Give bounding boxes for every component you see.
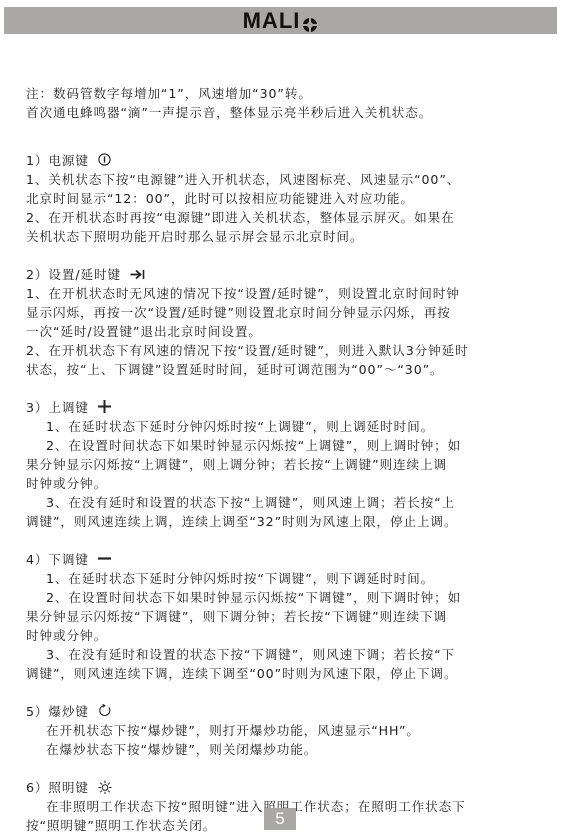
section-line: 时钟或分钟。 xyxy=(26,474,541,493)
note-line: 首次通电蜂鸣器“滴”一声提示音，整体显示亮半秒后进入关机状态。 xyxy=(26,103,541,122)
section-line: 3、在没有延时和设置的状态下按“上调键”，则风速上调；若长按“上 xyxy=(26,493,541,512)
section-line: 1、在延时状态下延时分钟闪烁时按“下调键”，则下调延时时间。 xyxy=(26,569,541,588)
section-title: 6）照明键 xyxy=(26,778,541,797)
section-line: 北京时间显示“12：00”，此时可以按相应功能键进入对应功能。 xyxy=(26,189,541,208)
section-line: 一次“延时/设置键”退出北京时间设置。 xyxy=(26,322,541,341)
stir-fry-icon xyxy=(98,702,111,721)
section-line: 2、在设置时间状态下如果时钟显示闪烁按“上调键”，则上调时钟；如 xyxy=(26,436,541,455)
section-power-key: 1）电源键 1、关机状态下按“电源键”进入开机状态，风速图标亮、风速显示“00”… xyxy=(26,151,541,246)
plus-icon xyxy=(98,398,111,417)
section-line: 在爆炒状态下按“爆炒键”，则关闭爆炒功能。 xyxy=(26,740,541,759)
section-line: 1、关机状态下按“电源键”进入开机状态，风速图标亮、风速显示“00”、 xyxy=(26,170,541,189)
section-line: 时钟或分钟。 xyxy=(26,626,541,645)
logo-o-icon xyxy=(302,13,318,29)
page-number: 5 xyxy=(264,808,296,830)
power-icon xyxy=(98,151,111,170)
section-line: 1、在延时状态下延时分钟闪烁时按“上调键”，则上调延时时间。 xyxy=(26,417,541,436)
section-line: 果分钟显示闪烁按“上调键”，则上调分钟；若长按“上调键”则连续上调 xyxy=(26,455,541,474)
section-line: 关机状态下照明功能开启时那么显示屏会显示北京时间。 xyxy=(26,227,541,246)
set-timer-icon xyxy=(130,265,145,284)
brand-logo: MALI xyxy=(243,8,319,34)
note-line: 注：数码管数字每增加“1”，风速增加“30”转。 xyxy=(26,84,541,103)
section-title: 5）爆炒键 xyxy=(26,702,541,721)
section-stir-fry-key: 5）爆炒键 在开机状态下按“爆炒键”，则打开爆炒功能，风速显示“HH”。 在爆炒… xyxy=(26,702,541,759)
header-bar: MALI xyxy=(4,7,557,34)
section-title: 2）设置/延时键 xyxy=(26,265,541,284)
section-title: 3）上调键 xyxy=(26,398,541,417)
section-line: 状态，按“上、下调键”设置延时时间，延时可调范围为“00”～“30”。 xyxy=(26,360,541,379)
manual-content: 注：数码管数字每增加“1”，风速增加“30”转。 首次通电蜂鸣器“滴”一声提示音… xyxy=(26,84,541,835)
section-down-key: 4）下调键 1、在延时状态下延时分钟闪烁时按“下调键”，则下调延时时间。 2、在… xyxy=(26,550,541,683)
minus-icon xyxy=(98,550,111,569)
section-line: 2、在开机状态时再按“电源键”即进入关机状态，整体显示屏灭。如果在 xyxy=(26,208,541,227)
section-line: 调键”，则风速连续上调，连续上调至“32”时则为风速上限，停止上调。 xyxy=(26,512,541,531)
section-title: 4）下调键 xyxy=(26,550,541,569)
section-line: 2、在设置时间状态下如果时钟显示闪烁按“下调键”，则下调时钟；如 xyxy=(26,588,541,607)
light-icon xyxy=(98,778,112,797)
section-line: 果分钟显示闪烁按“下调键”，则下调分钟；若长按“下调键”则连续下调 xyxy=(26,607,541,626)
section-line: 2、在开机状态下有风速的情况下按“设置/延时键”，则进入默认3分钟延时 xyxy=(26,341,541,360)
section-line: 调键”，则风速连续下调，连续下调至“00”时则为风速下限，停止下调。 xyxy=(26,664,541,683)
brand-name: MALI xyxy=(243,8,301,34)
section-up-key: 3）上调键 1、在延时状态下延时分钟闪烁时按“上调键”，则上调延时时间。 2、在… xyxy=(26,398,541,531)
section-line: 1、在开机状态时无风速的情况下按“设置/延时键”，则设置北京时间时钟 xyxy=(26,284,541,303)
section-line: 显示闪烁，再按一次“设置/延时键”则设置北京时间分钟显示闪烁，再按 xyxy=(26,303,541,322)
section-line: 3、在没有延时和设置的状态下按“下调键”，则风速下调；若长按“下 xyxy=(26,645,541,664)
section-title: 1）电源键 xyxy=(26,151,541,170)
section-line: 在开机状态下按“爆炒键”，则打开爆炒功能，风速显示“HH”。 xyxy=(26,721,541,740)
section-set-timer-key: 2）设置/延时键 1、在开机状态时无风速的情况下按“设置/延时键”，则设置北京时… xyxy=(26,265,541,379)
